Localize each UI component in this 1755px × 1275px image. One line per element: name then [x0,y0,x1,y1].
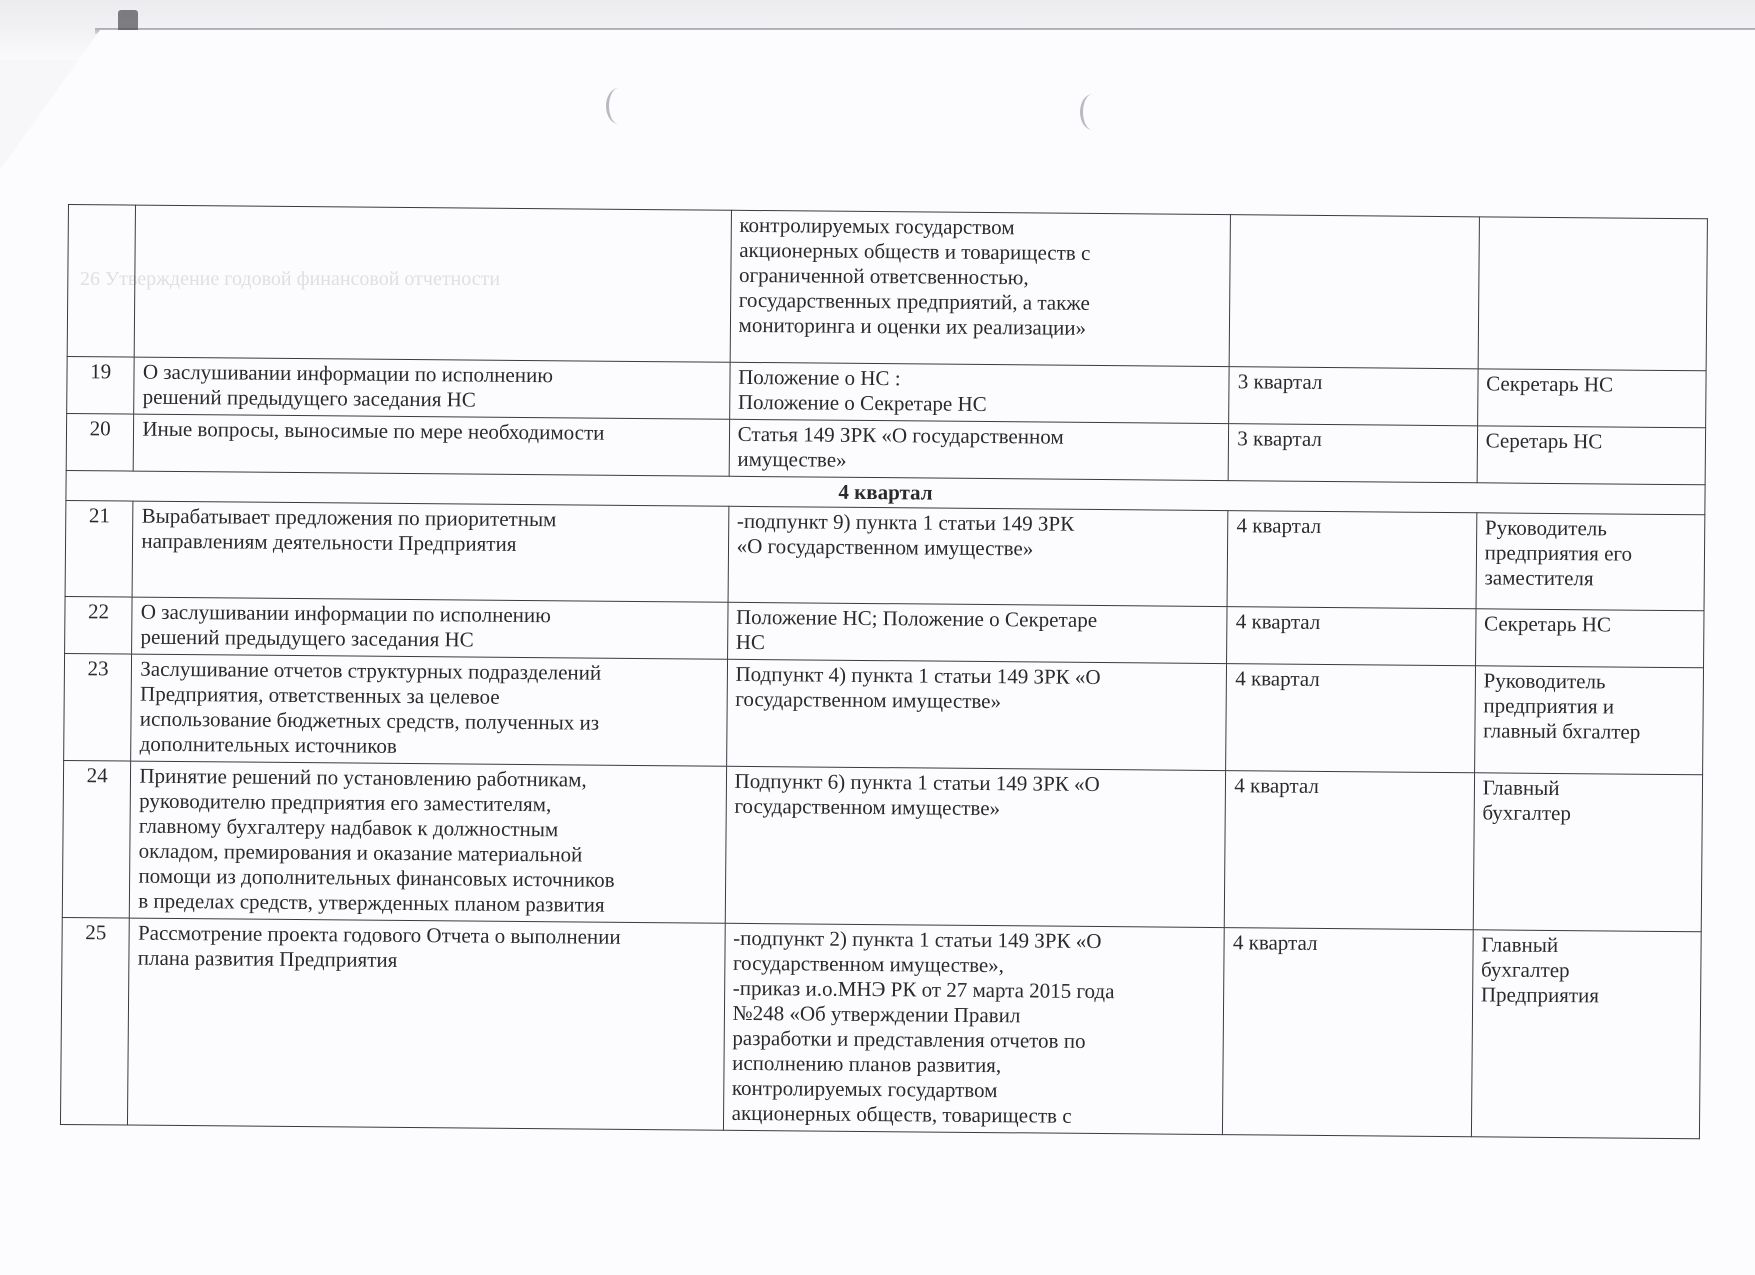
table-row: 24 Принятие решений по установлению рабо… [62,760,1702,931]
row-number: 22 [65,596,133,654]
agenda-topic: Вырабатывает предложения по приоритетным… [132,501,728,602]
responsible: Руководитель предприятия его заместителя [1476,513,1705,611]
legal-basis: -подпункт 2) пункта 1 статьи 149 ЗРК «О … [723,923,1225,1134]
responsible: Главный бухгалтер [1473,773,1703,932]
legal-basis: -подпункт 9) пункта 1 статьи 149 ЗРК «О … [728,506,1229,606]
agenda-topic: О заслушивании информации по исполнению … [134,357,730,419]
table-row: 21 Вырабатывает предложения по приоритет… [65,500,1705,610]
scanner-mark [118,10,138,32]
row-number [67,205,136,358]
agenda-topic [135,205,732,362]
agenda-topic: Иные вопросы, выносимые по мере необходи… [134,414,730,476]
quarter [1229,215,1479,369]
responsible [1478,217,1708,371]
legal-basis: Положение о НС : Положение о Секретаре Н… [729,362,1229,423]
responsible: Серетарь НС [1477,426,1706,485]
legal-basis: контролируемых государством акционерных … [730,210,1231,366]
agenda-topic: Рассмотрение проекта годового Отчета о в… [128,918,725,1130]
responsible: Руководитель предприятия и главный бхгал… [1474,666,1703,775]
punch-hole-icon [606,88,631,124]
table-row: 23 Заслушивание отчетов структурных подр… [64,653,1704,774]
agenda-topic: Заслушивание отчетов структурных подразд… [131,654,727,766]
quarter: 4 квартал [1225,771,1475,930]
quarter: 3 квартал [1229,367,1478,426]
responsible: Главный бухгалтер Предприятия [1471,930,1701,1139]
quarter: 4 квартал [1226,664,1475,773]
table-row: 25 Рассмотрение проекта годового Отчета … [60,917,1701,1138]
quarter: 4 квартал [1223,928,1473,1137]
row-number: 23 [64,653,132,761]
meeting-plan-table: контролируемых государством акционерных … [60,204,1708,1139]
quarter: 4 квартал [1227,511,1476,609]
table-row: контролируемых государством акционерных … [67,205,1707,371]
agenda-topic: О заслушивании информации по исполнению … [132,597,728,659]
row-number: 20 [66,413,134,471]
responsible: Секретарь НС [1475,609,1704,668]
legal-basis: Статья 149 ЗРК «О государственном имущес… [729,419,1229,480]
row-number: 19 [67,356,135,414]
punch-hole-icon [1080,94,1105,130]
legal-basis: Подпункт 4) пункта 1 статьи 149 ЗРК «О г… [726,659,1227,770]
legal-basis: Положение НС; Положение о Секретаре НС [727,602,1227,663]
row-number: 21 [65,500,133,597]
quarter: 3 квартал [1228,424,1477,483]
agenda-topic: Принятие решений по установлению работни… [130,761,727,923]
responsible: Секретарь НС [1477,369,1706,428]
quarter: 4 квартал [1227,607,1476,666]
row-number: 24 [62,760,131,918]
row-number: 25 [60,917,129,1125]
legal-basis: Подпункт 6) пункта 1 статьи 149 ЗРК «О г… [725,766,1226,927]
